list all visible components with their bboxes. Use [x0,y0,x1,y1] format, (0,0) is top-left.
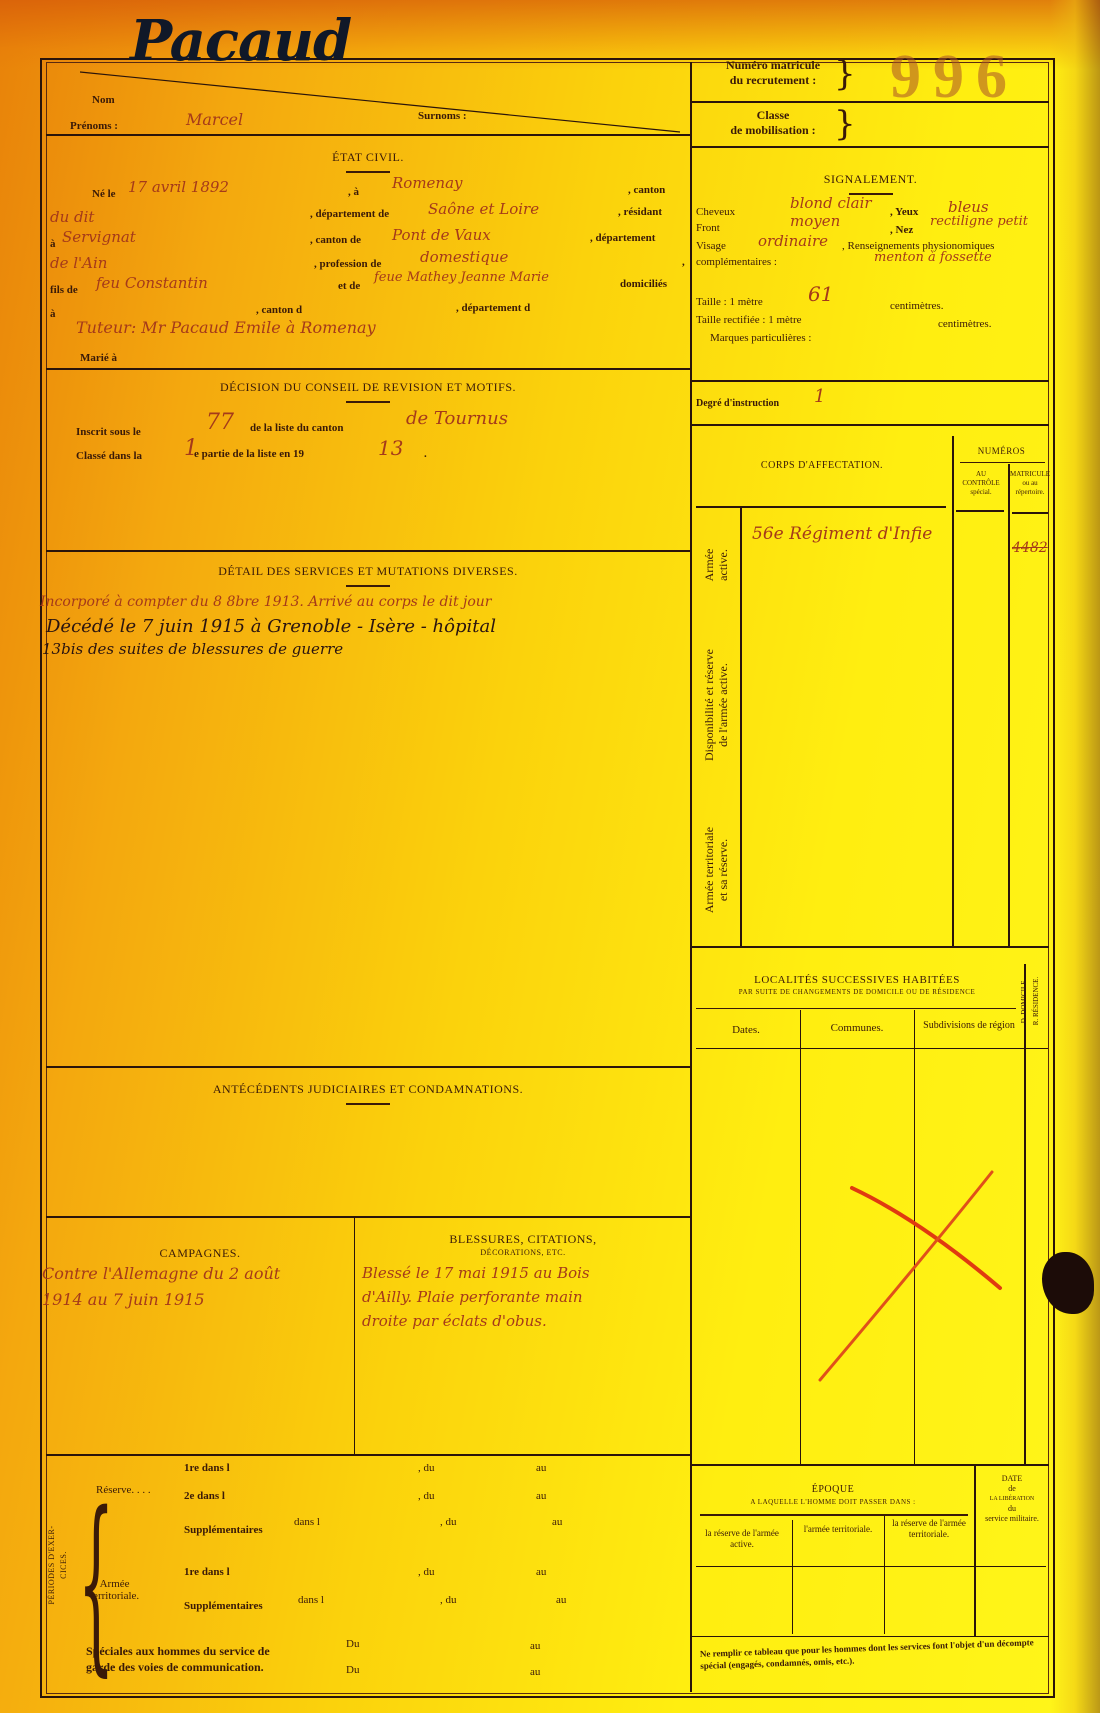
departement-residence-value: de l'Ain [50,254,107,272]
services-title: DÉTAIL DES SERVICES ET MUTATIONS DIVERSE… [46,564,690,587]
annee-value: 13 [378,436,403,460]
armee-territoriale-label: Armée territoriale. [90,1578,139,1602]
localites-side-divider [1024,964,1026,1464]
au-label: au [536,1490,546,1502]
localites-subtitle: PAR SUITE DE CHANGEMENTS DE DOMICILE OU … [692,988,1022,996]
inscrit-label: Inscrit sous le [76,426,141,438]
localites-header-divider [696,1048,1048,1049]
pere-value: feu Constantin [96,274,208,292]
departement-d-label: , département d [456,302,530,314]
departement-value: Saône et Loire [428,200,539,218]
ne-le-value: 17 avril 1892 [128,178,229,196]
etat-civil-title: ÉTAT CIVIL. [46,150,690,173]
au-label: au [552,1516,562,1528]
localites-rule [696,1008,1016,1009]
epoque-col-reserve-active: la réserve de l'armée active. [694,1528,790,1550]
canton-de-label: , canton de [310,234,361,246]
residence-value: Servignat [62,228,136,246]
au-label: au [536,1462,546,1474]
canton-residence-value: Pont de Vaux [392,226,491,244]
antecedents-title: ANTÉCÉDENTS JUDICIAIRES ET CONDAMNATIONS… [46,1082,690,1105]
departement-de-label: , département de [310,208,389,220]
red-cross-mark [810,1170,1020,1390]
corps-header-divider [696,506,946,508]
services-divider [46,1066,690,1068]
profession-value: domestique [420,248,508,266]
marques-label: Marques particulières : [710,332,811,344]
column-divider [690,62,692,1692]
matricule-col-header: MATRICULE ou au répertoire. [1010,470,1050,497]
blessures-line: droite par éclats d'obus. [362,1312,547,1330]
classe-mobilisation-label: Classe de mobilisation : [708,108,838,138]
periode-row-label: 1re dans l [184,1462,230,1474]
numeros-col-divider [1008,464,1010,946]
date-liberation-header: DATE de LA LIBÉRATION du service militai… [976,1474,1048,1524]
profession-label: , profession de [314,258,381,270]
classe-divider [692,146,1049,148]
epoque-header-divider [696,1566,1046,1567]
ne-le-label: Né le [92,188,116,200]
period: . [424,448,427,460]
epoque-title: ÉPOQUE [692,1484,974,1495]
canton-d-label: , canton d [256,304,302,316]
services-line: 13bis des suites de blessures de guerre [42,640,343,658]
blessures-title: BLESSURES, CITATIONS, [356,1232,690,1247]
du-label: , du [440,1516,457,1528]
paper-edge-right [1050,0,1100,1713]
du-label: , du [418,1462,435,1474]
du-label: Du [346,1638,359,1650]
tuteur-value: Tuteur: Mr Pacaud Emile à Romenay [76,318,376,337]
numeros-title: NUMÉROS [954,446,1049,456]
corps-label-divider [740,508,742,946]
campagnes-line: Contre l'Allemagne du 2 août [42,1264,280,1283]
campagnes-bottom-divider [46,1454,690,1456]
visage-value: ordinaire [758,232,828,250]
du-label: , du [418,1490,435,1502]
au-label: au [530,1666,540,1678]
disponibilite-reserve-label: Disponibilité et réserve de l'armée acti… [702,620,730,790]
brace-icon: } [834,104,856,144]
epoque-subtitle: A LAQUELLE L'HOMME DOIT PASSER DANS : [692,1498,974,1506]
du-label: Du [346,1664,359,1676]
epoque-col-territoriale: l'armée territoriale. [794,1524,882,1535]
corps-affectation-title: CORPS D'AFFECTATION. [692,460,952,471]
centimetres-label: centimètres. [938,318,991,330]
instruction-divider [692,424,1049,426]
lieu-naissance-value: Romenay [392,174,463,192]
periode-row-label: Supplémentaires [184,1600,263,1612]
du-label: , du [418,1566,435,1578]
decision-divider [46,550,690,552]
departement-label: , département [590,232,655,244]
etat-civil-divider [46,368,690,370]
nez-label: , Nez [890,224,913,236]
fils-de-label: fils de [50,284,78,296]
au-label: au [530,1640,540,1652]
au-label: au [556,1594,566,1606]
a-label: , à [348,186,359,198]
marie-label: Marié à [80,352,117,364]
matricule-value: 4482 [1012,540,1048,556]
partie-label: e partie de la liste en 19 [194,448,304,460]
speciales-label: Spéciales aux hommes du service de [86,1644,270,1659]
inscrit-value: 77 [206,410,234,435]
localites-col-dates: Dates. [692,1024,800,1036]
nom-value: Pacaud [130,8,351,74]
front-label: Front [696,222,720,234]
numeros-divider [952,436,954,946]
cheveux-value: blond clair [790,194,872,212]
periode-row-label: Supplémentaires [184,1524,263,1536]
epoque-rule [700,1514,968,1516]
epoque-col-divider [792,1520,793,1634]
blessures-line: Blessé le 17 mai 1915 au Bois [362,1264,590,1282]
localites-col-subdivisions: Subdivisions de région [914,1020,1024,1031]
periode-row-label: 1re dans l [184,1566,230,1578]
canton-value: de Tournus [406,408,508,429]
comma: , [682,256,685,268]
epoque-top-divider [692,1464,1049,1466]
dans-label: dans l [294,1516,320,1528]
classe-label: Classé dans la [76,450,142,462]
armee-territoriale-label: Armée territoriale et sa réserve. [702,800,730,940]
brace-icon: } [834,54,856,94]
epoque-col-divider [884,1516,885,1634]
armee-active-label: Armée active. [702,520,730,610]
services-line: Décédé le 7 juin 1915 à Grenoble - Isère… [46,616,496,637]
reserve-label: Réserve. . . . [96,1484,151,1496]
antecedents-divider [46,1216,690,1218]
canton-value: du dit [50,208,94,226]
campagnes-title: CAMPAGNES. [46,1246,354,1261]
decision-conseil-title: DÉCISION DU CONSEIL DE REVISION ET MOTIF… [46,380,690,403]
numeros-rule [960,462,1045,463]
degre-instruction-label: Degré d'instruction [696,398,779,409]
visage-label: Visage [696,240,726,252]
blessures-line: d'Ailly. Plaie perforante main [362,1288,583,1306]
du-label: , du [440,1594,457,1606]
periode-row-label: 2e dans l [184,1490,225,1502]
localites-title: LOCALITÉS SUCCESSIVES HABITÉES [692,974,1022,986]
domicilies-label: domiciliés [620,278,667,290]
yeux-label: , Yeux [890,206,918,218]
mere-value: feue Mathey Jeanne Marie [374,270,549,285]
complementaires-label: complémentaires : [696,256,777,268]
canton-label: , canton [628,184,665,196]
taille-rectifiee-label: Taille rectifiée : 1 mètre [696,314,802,326]
header-divider [46,134,690,136]
localites-col-communes: Communes. [800,1022,914,1034]
complementaires-value: menton à fossette [874,250,992,265]
blessures-subtitle: DÉCORATIONS, ETC. [356,1248,690,1257]
a-label: à [50,238,56,250]
controle-header-divider [956,510,1004,512]
a-label: à [50,308,56,320]
corps-affectation-value: 56e Régiment d'Infie [752,524,932,544]
campagnes-divider [354,1218,355,1454]
matricule-header-divider [1012,512,1048,514]
au-label: au [536,1566,546,1578]
liste-canton-label: de la liste du canton [250,422,344,434]
controle-col-header: AU CONTRÔLE spécial. [954,470,1008,497]
taille-value: 61 [808,282,833,306]
strike-line [80,70,690,140]
services-line: Incorporé à compter du 8 8bre 1913. Arri… [40,594,492,610]
speciales-label: garde des voies de communication. [86,1660,264,1675]
corps-bottom-divider [692,946,1049,948]
signalement-title: SIGNALEMENT. [692,172,1049,195]
signalement-divider [692,380,1049,382]
epoque-col-reserve-territoriale: la réserve de l'armée territoriale. [886,1518,972,1540]
front-value: moyen [790,212,840,230]
et-de-label: et de [338,280,360,292]
centimetres-label: centimètres. [890,300,943,312]
matricule-divider [692,101,1049,103]
taille-label: Taille : 1 mètre [696,296,763,308]
dans-label: dans l [298,1594,324,1606]
localites-col-divider [800,1010,801,1464]
campagnes-line: 1914 au 7 juin 1915 [42,1290,205,1309]
cheveux-label: Cheveux [696,206,735,218]
periodes-exercices-label: PÉRIODES D'EXER- CICES. [46,1470,70,1660]
residant-label: , résidant [618,206,662,218]
nez-value: rectiligne petit [930,214,1028,229]
numero-matricule-label: Numéro matricule du recrutement : [708,58,838,88]
degre-instruction-value: 1 [814,386,825,407]
